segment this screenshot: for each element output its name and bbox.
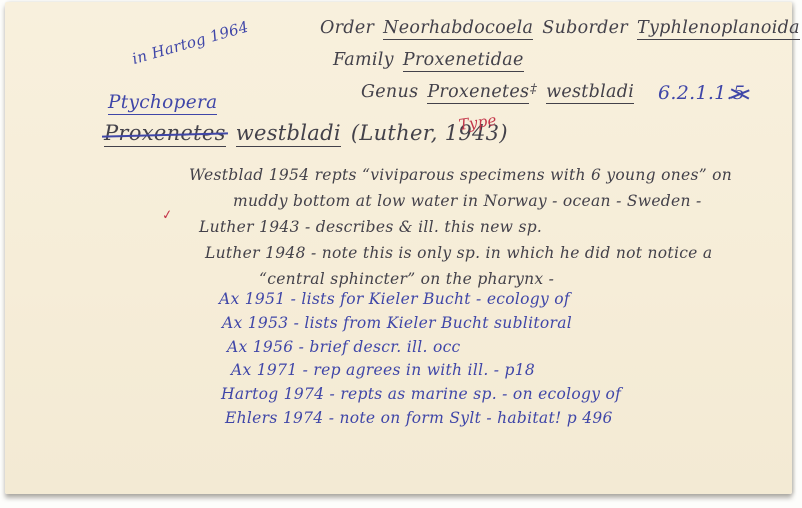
revised-genus-annotation: Ptychopera bbox=[108, 92, 217, 115]
family-value: Proxenetidae bbox=[403, 50, 524, 72]
note-line: Ax 1956 - brief descr. ill. occ bbox=[217, 336, 621, 360]
genus-insertion-mark: ‡ bbox=[530, 82, 537, 97]
catalog-number-base: 6.2.1.1. bbox=[658, 82, 733, 104]
note-line: Ax 1953 - lists from Kieler Bucht sublit… bbox=[217, 312, 621, 336]
note-line: Luther 1943 - describes & ill. this new … bbox=[187, 214, 732, 240]
note-line: Hartog 1974 - repts as marine sp. - on e… bbox=[217, 383, 621, 407]
notes-blue-ink: Ax 1951 - lists for Kieler Bucht - ecolo… bbox=[217, 288, 621, 431]
order-value: Neorhabdocoela bbox=[383, 18, 533, 40]
taxonomy-family-line: Family Proxenetidae bbox=[333, 50, 524, 72]
scanned-index-card-page: Order Neorhabdocoela Suborder Typhlenopl… bbox=[0, 0, 802, 508]
note-line: muddy bottom at low water in Norway - oc… bbox=[187, 188, 732, 214]
suborder-label: Suborder bbox=[542, 18, 628, 38]
title-species: westbladi bbox=[236, 121, 341, 147]
family-label: Family bbox=[333, 50, 394, 70]
index-card: Order Neorhabdocoela Suborder Typhlenopl… bbox=[5, 2, 792, 494]
title-genus-struck: Proxenetes bbox=[104, 121, 226, 147]
note-line: Westblad 1954 repts “viviparous specimen… bbox=[187, 162, 732, 188]
note-line: Ehlers 1974 - note on form Sylt - habita… bbox=[217, 407, 621, 431]
note-line: Luther 1948 - note this is only sp. in w… bbox=[187, 240, 732, 266]
catalog-number-struck-digit: 5 bbox=[733, 82, 745, 104]
red-check-mark: ✓ bbox=[161, 207, 174, 223]
genus-species-value: westbladi bbox=[546, 82, 634, 104]
catalog-number: 6.2.1.1.5 bbox=[658, 82, 745, 104]
note-line: Ax 1951 - lists for Kieler Bucht - ecolo… bbox=[217, 288, 621, 312]
reference-annotation: in Hartog 1964 bbox=[130, 18, 251, 68]
notes-black-ink: Westblad 1954 repts “viviparous specimen… bbox=[187, 162, 732, 292]
order-label: Order bbox=[320, 18, 374, 38]
taxonomy-order-line: Order Neorhabdocoela Suborder Typhlenopl… bbox=[320, 18, 800, 40]
species-title-line: Proxeneteswestbladi(Luther, 1943) bbox=[104, 121, 508, 147]
genus-label: Genus bbox=[361, 82, 418, 102]
genus-value: Proxenetes bbox=[427, 82, 529, 104]
taxonomy-genus-line: Genus Proxenetes‡ westbladi bbox=[361, 82, 634, 104]
note-line: Ax 1971 - rep agrees in with ill. - p18 bbox=[217, 359, 621, 383]
genus-word: Proxenetes‡ bbox=[427, 82, 537, 102]
suborder-value: Typhlenoplanoida bbox=[637, 18, 800, 40]
